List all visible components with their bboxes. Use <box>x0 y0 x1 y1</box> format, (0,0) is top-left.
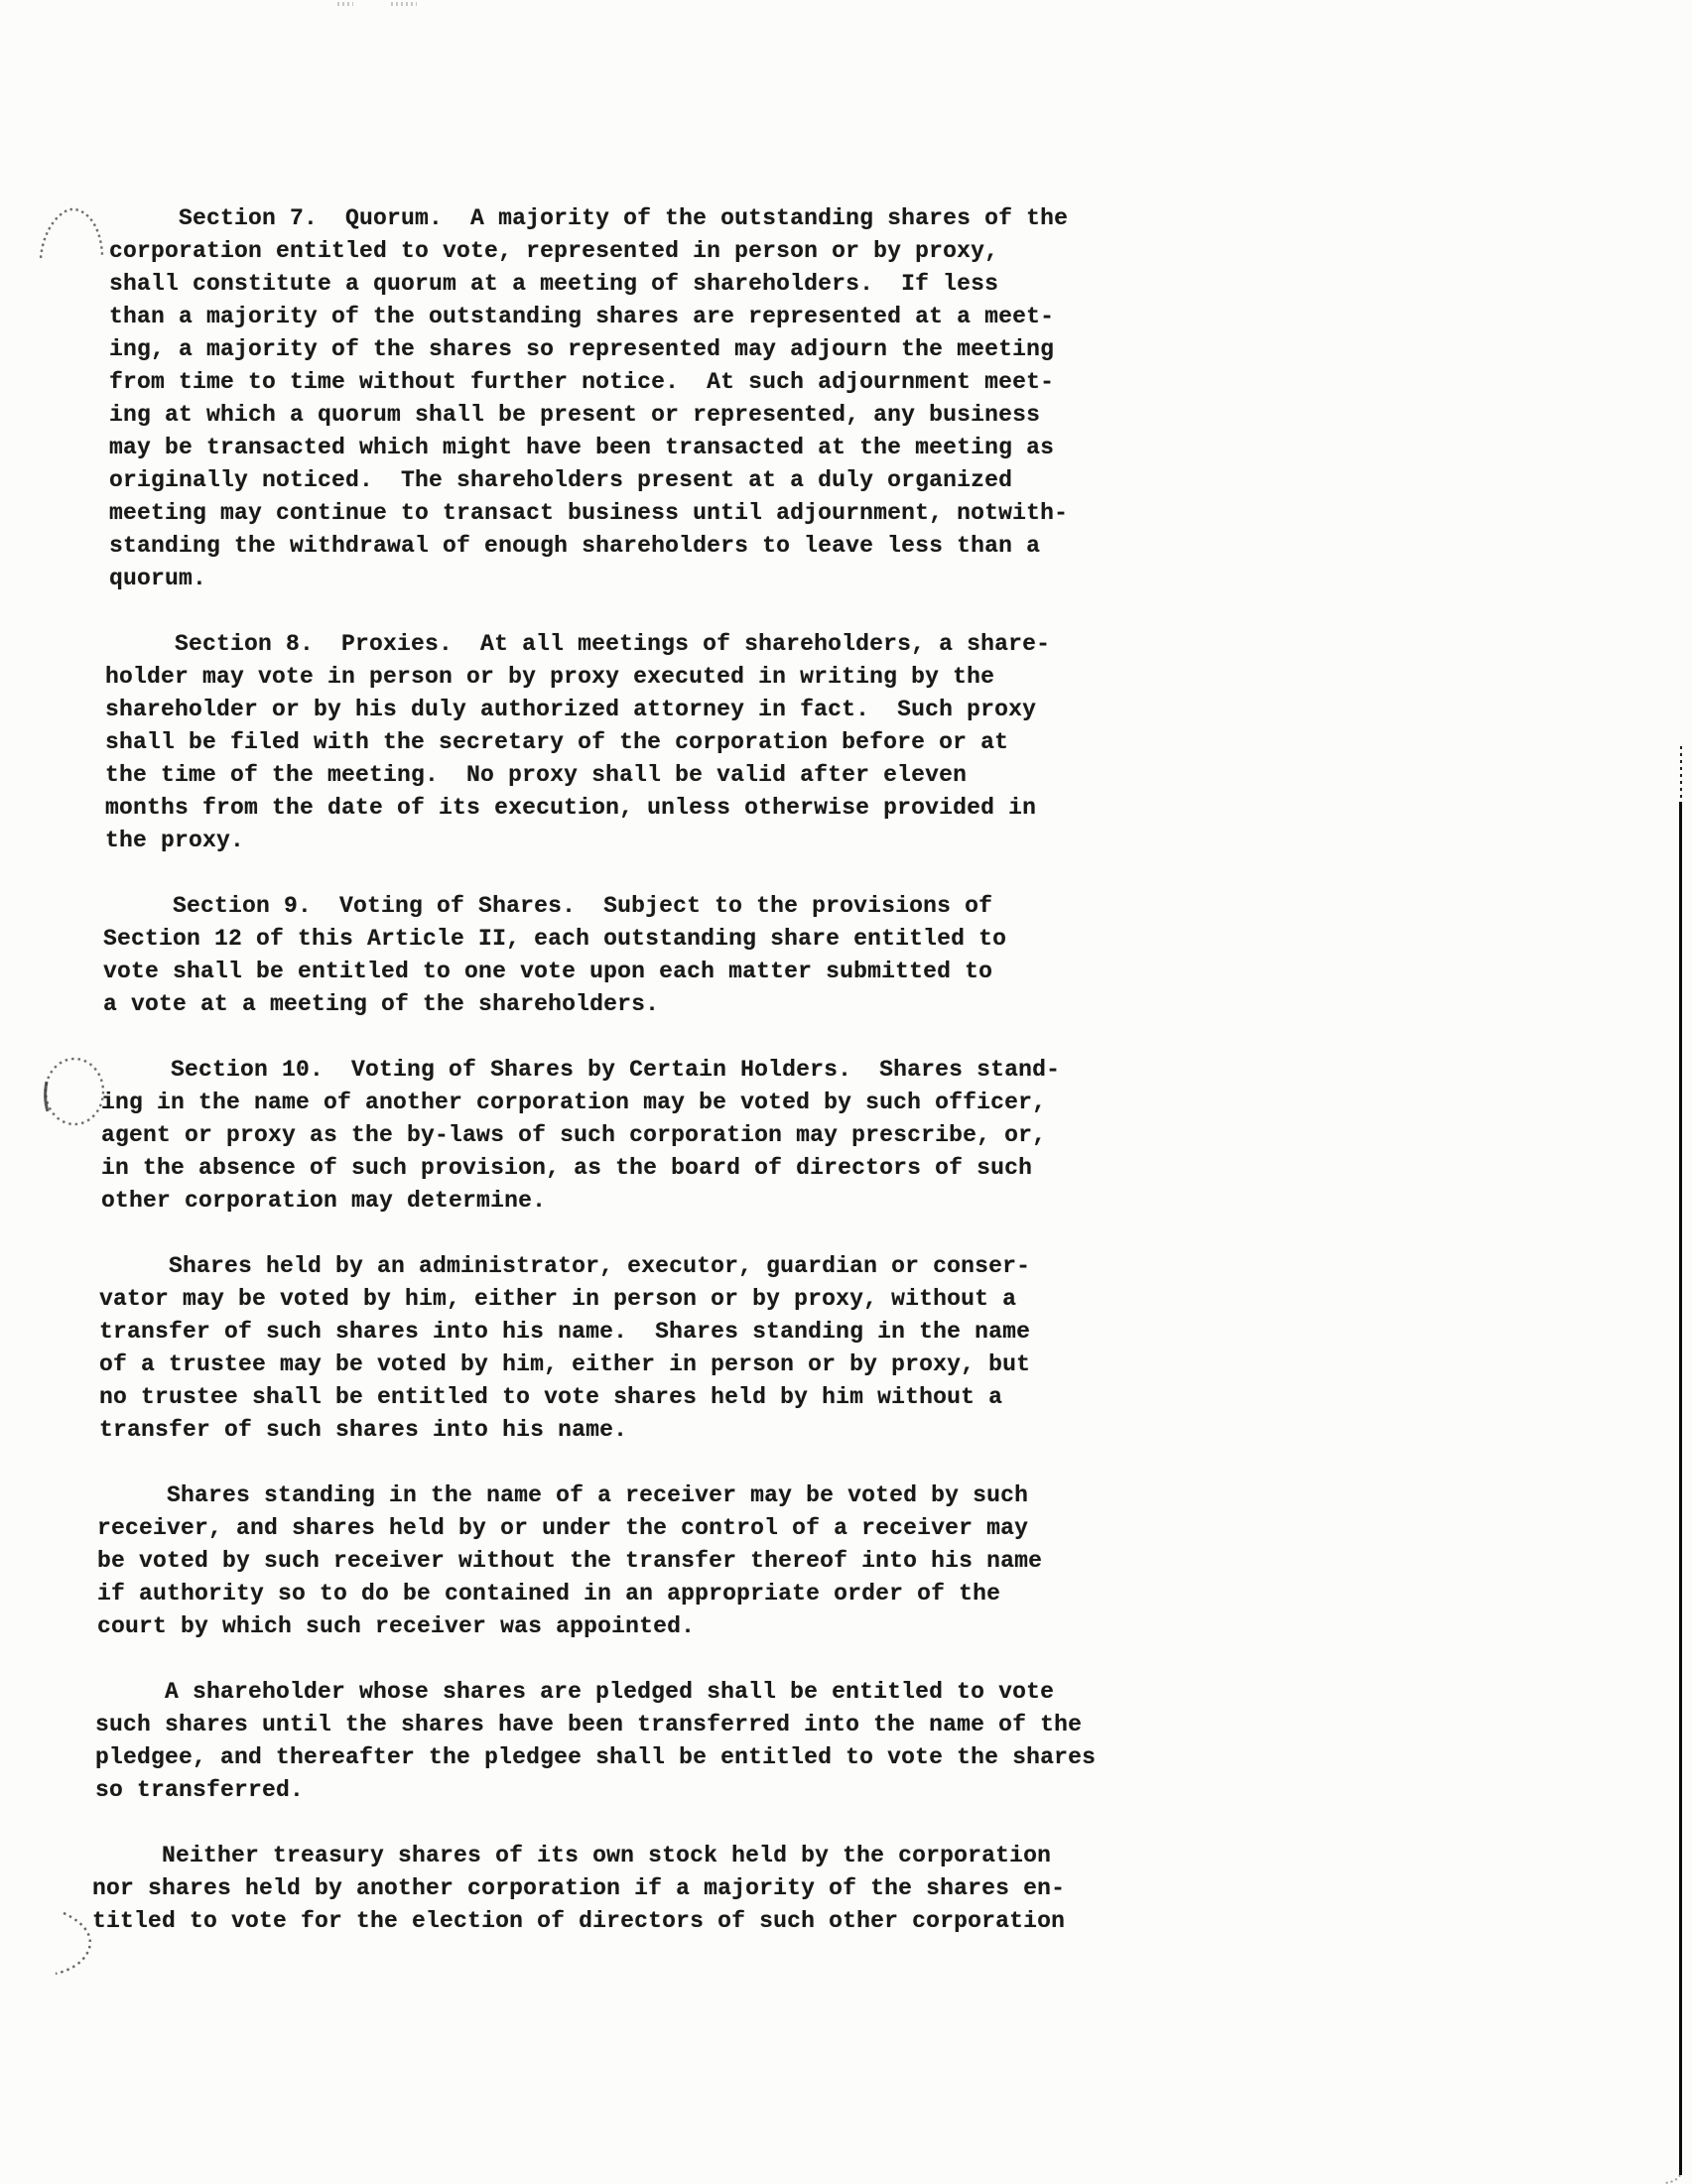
paragraph-section-8-proxies: Section 8. Proxies. At all meetings of s… <box>105 628 1096 857</box>
paragraph-section-9-voting-of-shares: Section 9. Voting of Shares. Subject to … <box>103 890 1096 1021</box>
scanned-document-page: Section 7. Quorum. A majority of the out… <box>0 0 1692 2184</box>
paragraph-pledged-shares: A shareholder whose shares are pledged s… <box>95 1676 1096 1807</box>
scan-edge-tail-icon <box>1665 2175 1680 2183</box>
document-text-block: Section 7. Quorum. A majority of the out… <box>0 202 1096 1971</box>
scan-edge-line-icon <box>1679 802 1682 2175</box>
paragraph-receiver: Shares standing in the name of a receive… <box>97 1479 1096 1643</box>
paragraph-treasury-shares: Neither treasury shares of its own stock… <box>92 1840 1096 1938</box>
scan-edge-line-top-icon <box>1680 746 1682 802</box>
paragraph-section-10-certain-holders: Section 10. Voting of Shares by Certain … <box>101 1054 1096 1218</box>
paragraph-administrator-executor: Shares held by an administrator, executo… <box>99 1250 1096 1447</box>
paragraph-section-7-quorum: Section 7. Quorum. A majority of the out… <box>109 202 1096 595</box>
